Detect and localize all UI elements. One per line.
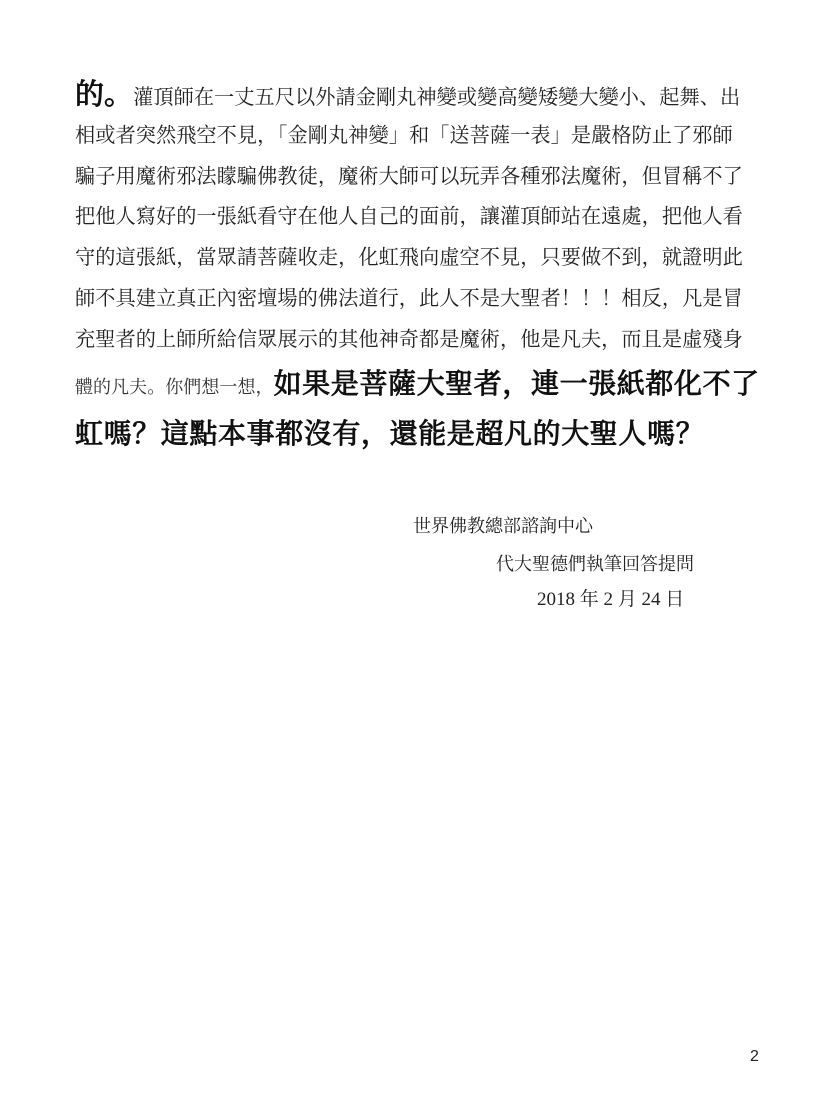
text-line-1: 的。灌頂師在一丈五尺以外請金剛丸神變或變高變矮變大變小、起舞、出: [75, 84, 751, 104]
text-line-4: 把他人寫好的一張紙看守在他人自己的面前，讓灌頂師站在遠處，把他人看: [75, 206, 751, 226]
signature-organization: 世界佛教總部諮詢中心: [413, 512, 593, 538]
text-line-5: 守的這張紙，當眾請菩薩收走，化虹飛向虛空不見，只要做不到，就證明此: [75, 247, 751, 267]
document-page: 的。灌頂師在一丈五尺以外請金剛丸神變或變高變矮變大變小、起舞、出 相或者突然飛空…: [0, 0, 840, 1120]
page-number: 2: [750, 1048, 759, 1066]
text-line-9-emphasis: 虹嗎？這點本事都沒有，還能是超凡的大聖人嗎？: [75, 420, 751, 448]
text-line-2: 相或者突然飛空不見，「金剛丸神變」和「送菩薩一表」是嚴格防止了邪師: [75, 125, 751, 145]
text-line-7: 充聖者的上師所給信眾展示的其他神奇都是魔術，他是凡夫，而且是虛殘身: [75, 329, 751, 349]
line-text: 體的凡夫。你們想一想，: [75, 377, 274, 398]
body-paragraph: 的。灌頂師在一丈五尺以外請金剛丸神變或變高變矮變大變小、起舞、出 相或者突然飛空…: [75, 84, 751, 468]
line-text: 灌頂師在一丈五尺以外請金剛丸神變或變高變矮變大變小、起舞、出: [133, 85, 740, 109]
text-line-8: 體的凡夫。你們想一想，如果是菩薩大聖者，連一張紙都化不了: [75, 370, 751, 398]
signature-date: 2018 年 2 月 24 日: [537, 584, 684, 611]
lead-text: 的。: [75, 77, 133, 111]
emphasis-text: 如果是菩薩大聖者，連一張紙都化不了: [274, 367, 760, 400]
text-line-3: 騙子用魔術邪法矇騙佛教徒，魔術大師可以玩弄各種邪法魔術，但冒稱不了: [75, 166, 751, 186]
signature-author: 代大聖德們執筆回答提問: [496, 550, 694, 576]
text-line-6: 師不具建立真正內密壇場的佛法道行，此人不是大聖者！！！相反，凡是冒: [75, 288, 751, 308]
